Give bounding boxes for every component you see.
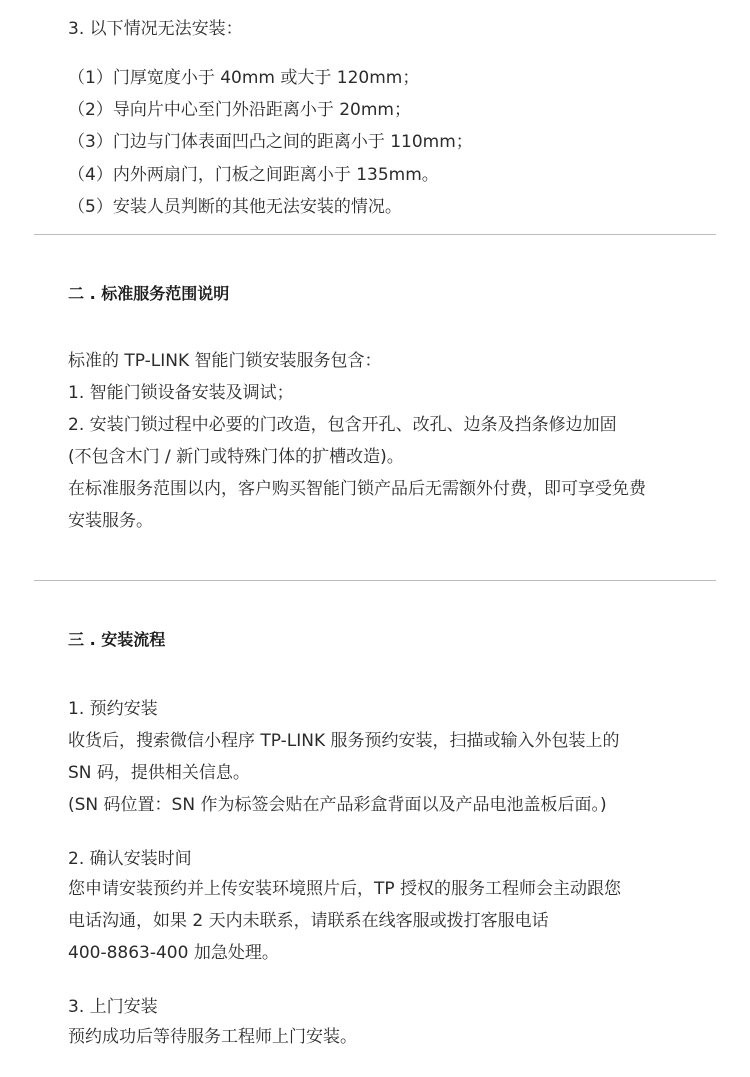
list-item: （4）内外两扇门，门板之间距离小于 135mm。 — [68, 163, 439, 187]
divider — [34, 580, 716, 581]
step-line: 您申请安装预约并上传安装环境照片后，TP 授权的服务工程师会主动跟您 — [68, 877, 621, 901]
list-item: （1）门厚宽度小于 40mm 或大于 120mm； — [68, 66, 419, 90]
paragraph-line: 在标准服务范围以内，客户购买智能门锁产品后无需额外付费，即可享受免费 — [68, 477, 646, 501]
paragraph-line: (不包含木门 / 新门或特殊门体的扩槽改造)。 — [68, 445, 404, 469]
list-item: （5）安装人员判断的其他无法安装的情况。 — [68, 195, 402, 219]
step-title: 3. 上门安装 — [68, 995, 158, 1019]
paragraph-line: 2. 安装门锁过程中必要的门改造，包含开孔、改孔、边条及挡条修边加固 — [68, 413, 617, 437]
step-line: 电话沟通，如果 2 天内未联系，请联系在线客服或拨打客服电话 — [68, 909, 549, 933]
step-title: 2. 确认安装时间 — [68, 847, 192, 871]
list-item: （3）门边与门体表面凹凸之间的距离小于 110mm； — [68, 130, 473, 154]
section-heading: 三 . 安装流程 — [68, 628, 165, 652]
step-line: SN 码，提供相关信息。 — [68, 761, 250, 785]
list-item: （2）导向片中心至门外沿距离小于 20mm； — [68, 98, 411, 122]
divider — [34, 234, 716, 235]
step-line: 预约成功后等待服务工程师上门安装。 — [68, 1025, 357, 1049]
paragraph-line: 1. 智能门锁设备安装及调试； — [68, 381, 294, 405]
section-intro: 3. 以下情况无法安装： — [68, 17, 243, 41]
paragraph-line: 安装服务。 — [68, 509, 153, 533]
step-line: 400-8863-400 加急处理。 — [68, 941, 279, 965]
step-line: (SN 码位置：SN 作为标签会贴在产品彩盒背面以及产品电池盖板后面。) — [68, 793, 607, 817]
section-heading: 二 . 标准服务范围说明 — [68, 282, 229, 306]
paragraph-line: 标准的 TP-LINK 智能门锁安装服务包含： — [68, 349, 382, 373]
step-title: 1. 预约安装 — [68, 697, 158, 721]
step-line: 收货后，搜索微信小程序 TP-LINK 服务预约安装，扫描或输入外包装上的 — [68, 729, 620, 753]
